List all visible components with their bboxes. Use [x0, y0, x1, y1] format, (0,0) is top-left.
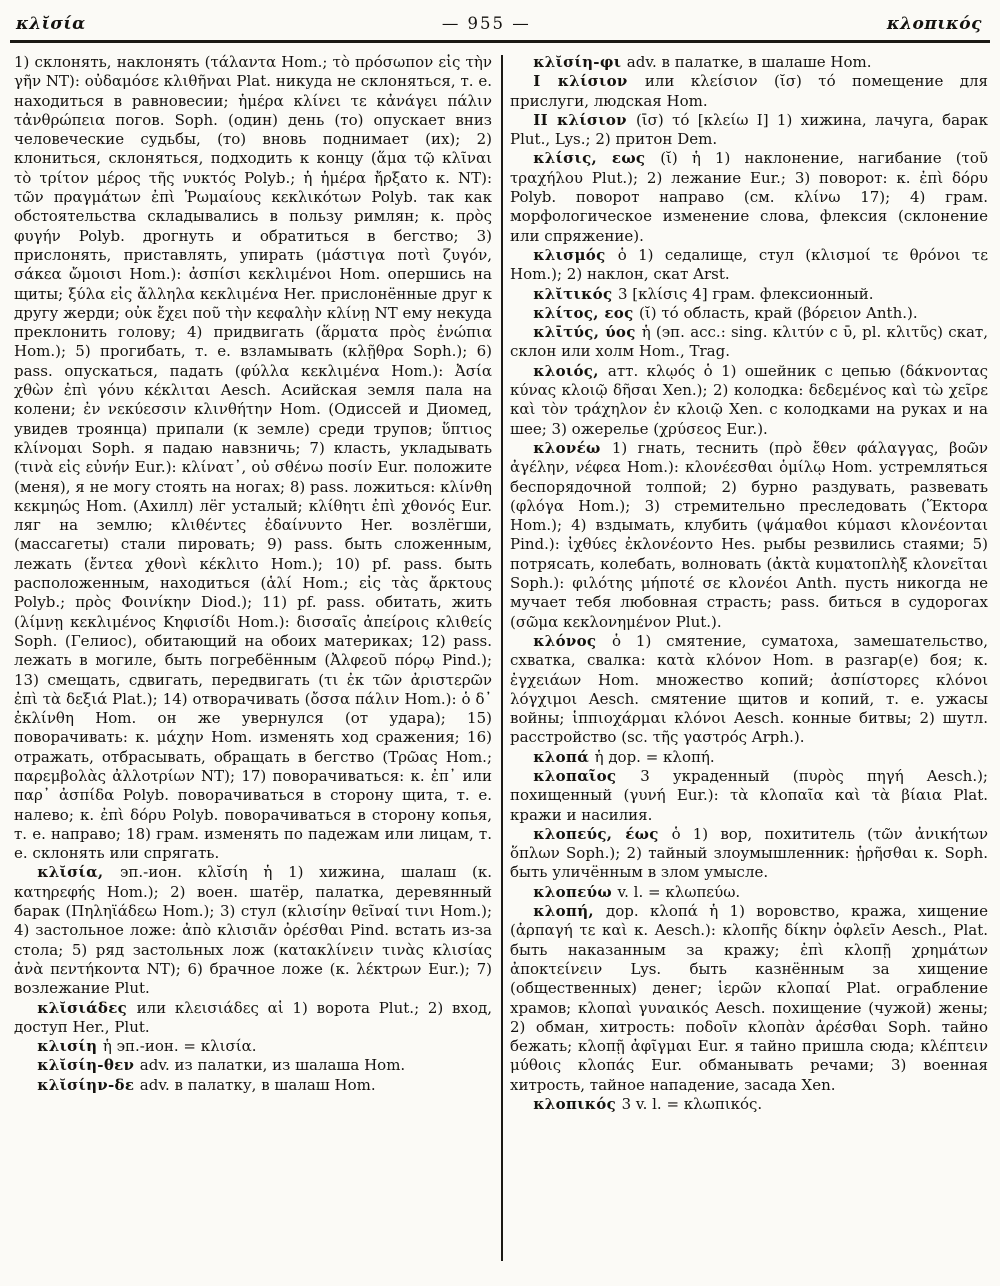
headword: κλοπεύς, έως	[533, 825, 671, 843]
dictionary-entry: κλῐσιάδες или κλεισιάδες αἱ 1) ворота Pl…	[14, 999, 492, 1038]
right-column: κλῐσίη-φι adv. в палатке, в шалаше Hom.I…	[510, 53, 988, 1261]
dictionary-entry: κλίτος, εος (ῐ) τό область, край (βόρειο…	[510, 304, 988, 323]
dictionary-entry: κλοπικός 3 v. l. = κλωπικός.	[510, 1095, 988, 1114]
dictionary-entry: κλοπαῖος 3 украденный (πυρὸς πηγή Aesch.…	[510, 767, 988, 825]
headword: κλοιός,	[533, 362, 608, 380]
headword: κλοπή,	[533, 902, 606, 920]
headword: κλῐσία,	[37, 863, 120, 881]
headword: κλοπεύω	[533, 883, 617, 901]
headword: κλῑτύς, ύος	[533, 323, 641, 341]
dictionary-page: κλῐσία — 955 — κλοπικός 1) склонять, нак…	[0, 0, 1000, 1286]
dictionary-entry: κλῐσίη-θεν adv. из палатки, из шалаша Ho…	[14, 1056, 492, 1075]
text-columns: 1) склонять, наклонять (τάλαντα Hom.; τὸ…	[0, 53, 1000, 1261]
headword: κλίτος, εος	[533, 304, 639, 322]
dictionary-entry: κλοιός, атт. κλῳός ὁ 1) ошейник с цепью …	[510, 362, 988, 439]
headword: κλῐσιάδες	[37, 999, 136, 1017]
column-divider	[501, 55, 503, 1261]
dictionary-entry: κλίσις, εως (ῐ) ἡ 1) наклонение, нагибан…	[510, 149, 988, 245]
dictionary-entry: II κλίσιον (ῑσ) τό [κλείω I] 1) хижина, …	[510, 111, 988, 150]
dictionary-entry: κλῐσίην-δε adv. в палатку, в шалаш Hom.	[14, 1076, 492, 1095]
headword: κλῐσίην-δε	[37, 1076, 140, 1094]
dictionary-entry: κλοπεύς, έως ὁ 1) вор, похититель (τῶν ἀ…	[510, 825, 988, 883]
headword: κλοπά	[533, 748, 594, 766]
dictionary-entry: I κλίσιον или κλείσιον (ῐσ) τό помещение…	[510, 72, 988, 111]
dictionary-entry: κλισίη ἡ эп.-ион. = κλισία.	[14, 1037, 492, 1056]
headword: κλισμός	[533, 246, 617, 264]
running-head-left-headword: κλῐσία	[16, 14, 86, 34]
dictionary-entry: κλοπή, дор. κλοπά ἡ 1) воровство, кража,…	[510, 902, 988, 1095]
headword: κλοπικός	[533, 1095, 621, 1113]
dictionary-entry: κλῐσία, эп.-ион. κλῐσίη ἡ 1) хижина, шал…	[14, 863, 492, 998]
headword: κλῐσίη-θεν	[37, 1056, 140, 1074]
left-column: 1) склонять, наклонять (τάλαντα Hom.; τὸ…	[14, 53, 492, 1261]
headword: I κλίσιον	[533, 72, 645, 90]
dictionary-entry: κλῑτύς, ύος ἡ (эп. acc.: sing. κλιτύν с …	[510, 323, 988, 362]
dictionary-entry: κλονέω 1) гнать, теснить (πρὸ ἔθεν φάλαγ…	[510, 439, 988, 632]
running-head-right-headword: κλοπικός	[887, 14, 982, 34]
dictionary-entry: κλισμός ὁ 1) седалище, стул (κλισμοί τε …	[510, 246, 988, 285]
headword: κλίσις, εως	[533, 149, 660, 167]
headword: κλῐτικός	[533, 285, 618, 303]
dictionary-entry: κλῐσίη-φι adv. в палатке, в шалаше Hom.	[510, 53, 988, 72]
page-number: — 955 —	[442, 14, 531, 33]
dictionary-entry-continuation: 1) склонять, наклонять (τάλαντα Hom.; τὸ…	[14, 53, 492, 863]
dictionary-entry: κλῐτικός 3 [κλίσις 4] грам. флексионный.	[510, 285, 988, 304]
running-head: κλῐσία — 955 — κλοπικός	[0, 0, 1000, 34]
dictionary-entry: κλοπά ἡ дор. = κλοπή.	[510, 748, 988, 767]
headword: II κλίσιον	[533, 111, 636, 129]
dictionary-entry: κλοπεύω v. l. = κλωπεύω.	[510, 883, 988, 902]
header-rule	[10, 40, 990, 43]
headword: κλόνος	[533, 632, 612, 650]
dictionary-entry: κλόνος ὁ 1) смятение, суматоха, замешате…	[510, 632, 988, 748]
headword: κλῐσίη-φι	[533, 53, 627, 71]
headword: κλοπαῖος	[533, 767, 640, 785]
headword: κλονέω	[533, 439, 612, 457]
headword: κλισίη	[37, 1037, 103, 1055]
